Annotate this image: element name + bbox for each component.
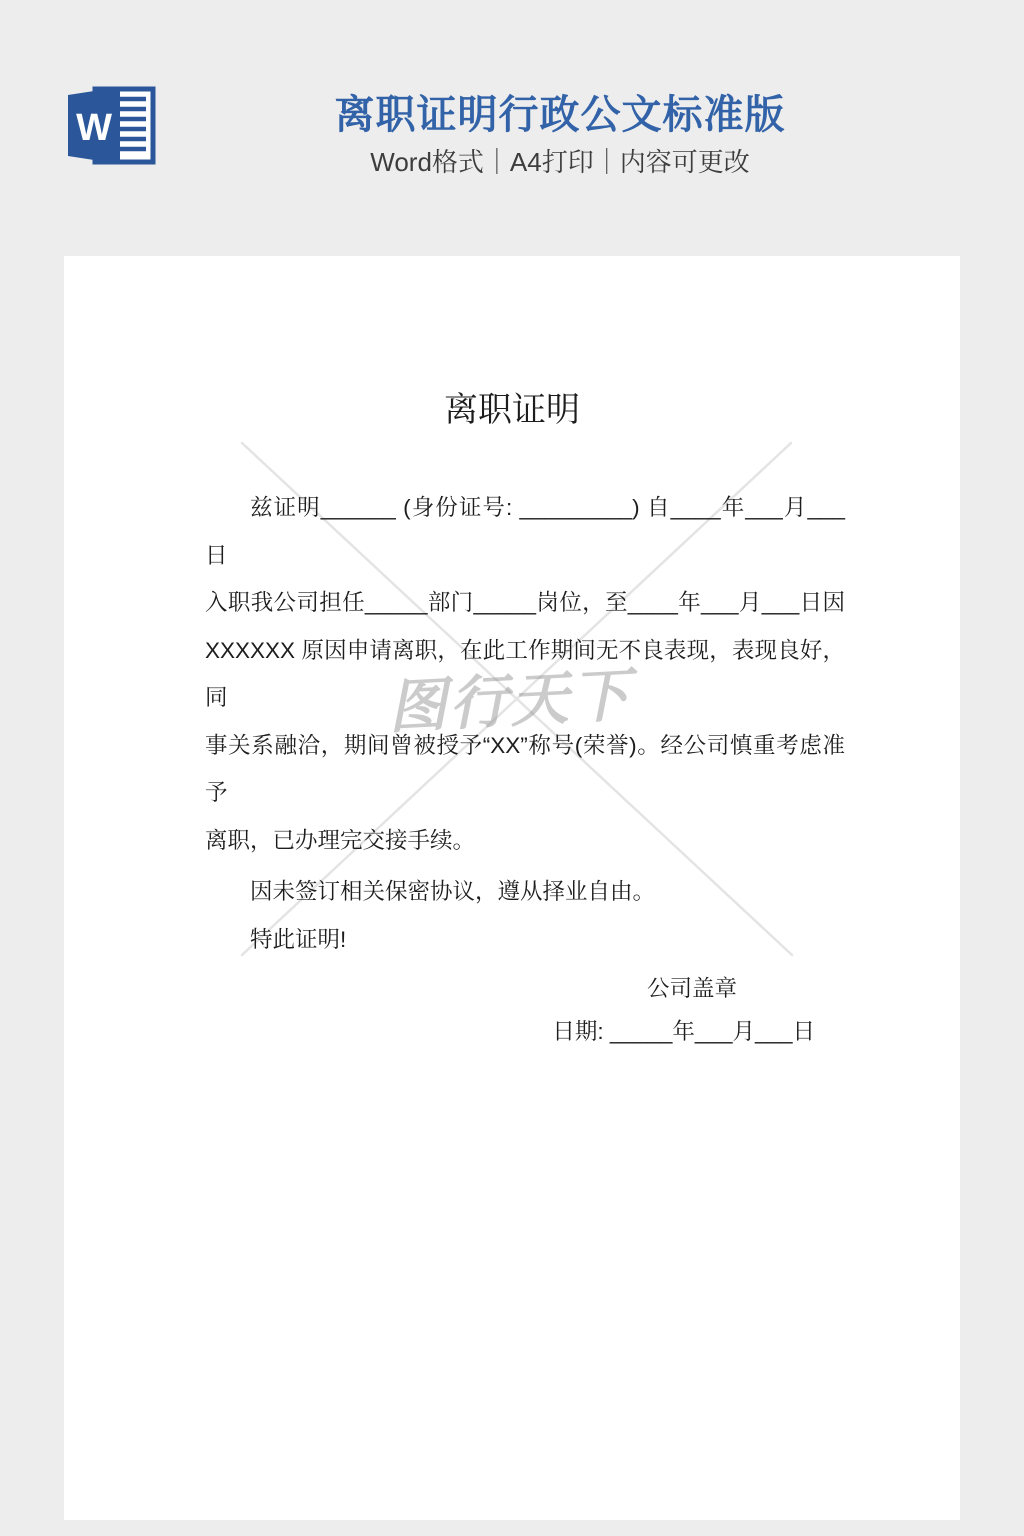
word-icon-letter: W (76, 107, 112, 149)
word-icon: W (63, 83, 158, 168)
document-page: 图行天下 离职证明 兹证明______ (身份证号: _________) 自_… (64, 256, 960, 1520)
document-body: 兹证明______ (身份证号: _________) 自____年___月__… (205, 484, 845, 1055)
body-line-3: XXXXXX 原因申请离职，在此工作期间无不良表现，表现良好，同 (205, 627, 845, 722)
date-line: 日期: _____年___月___日 (205, 1008, 815, 1056)
header: W 离职证明行政公文标准版 Word格式｜A4打印｜内容可更改 (0, 0, 1024, 256)
body-paragraph-2: 因未签订相关保密协议，遵从择业自由。 (205, 868, 845, 916)
body-line-2: 入职我公司担任_____部门_____岗位，至____年___月___日因 (205, 579, 845, 627)
body-line-1: 兹证明______ (身份证号: _________) 自____年___月__… (205, 484, 845, 579)
page-subtitle: Word格式｜A4打印｜内容可更改 (157, 147, 963, 177)
page-title: 离职证明行政公文标准版 (157, 92, 963, 138)
document-title: 离职证明 (64, 382, 960, 431)
body-line-4: 事关系融洽，期间曾被授予“XX”称号(荣誉)。经公司慎重考虑准予 (205, 722, 845, 817)
header-text-block: 离职证明行政公文标准版 Word格式｜A4打印｜内容可更改 (157, 92, 963, 177)
body-paragraph-3: 特此证明! (205, 916, 845, 964)
body-line-5: 离职，已办理完交接手续。 (205, 817, 845, 865)
company-stamp-label: 公司盖章 (205, 965, 737, 1013)
template-preview-screen: W 离职证明行政公文标准版 Word格式｜A4打印｜内容可更改 图行天下 离职证… (0, 0, 1024, 1536)
